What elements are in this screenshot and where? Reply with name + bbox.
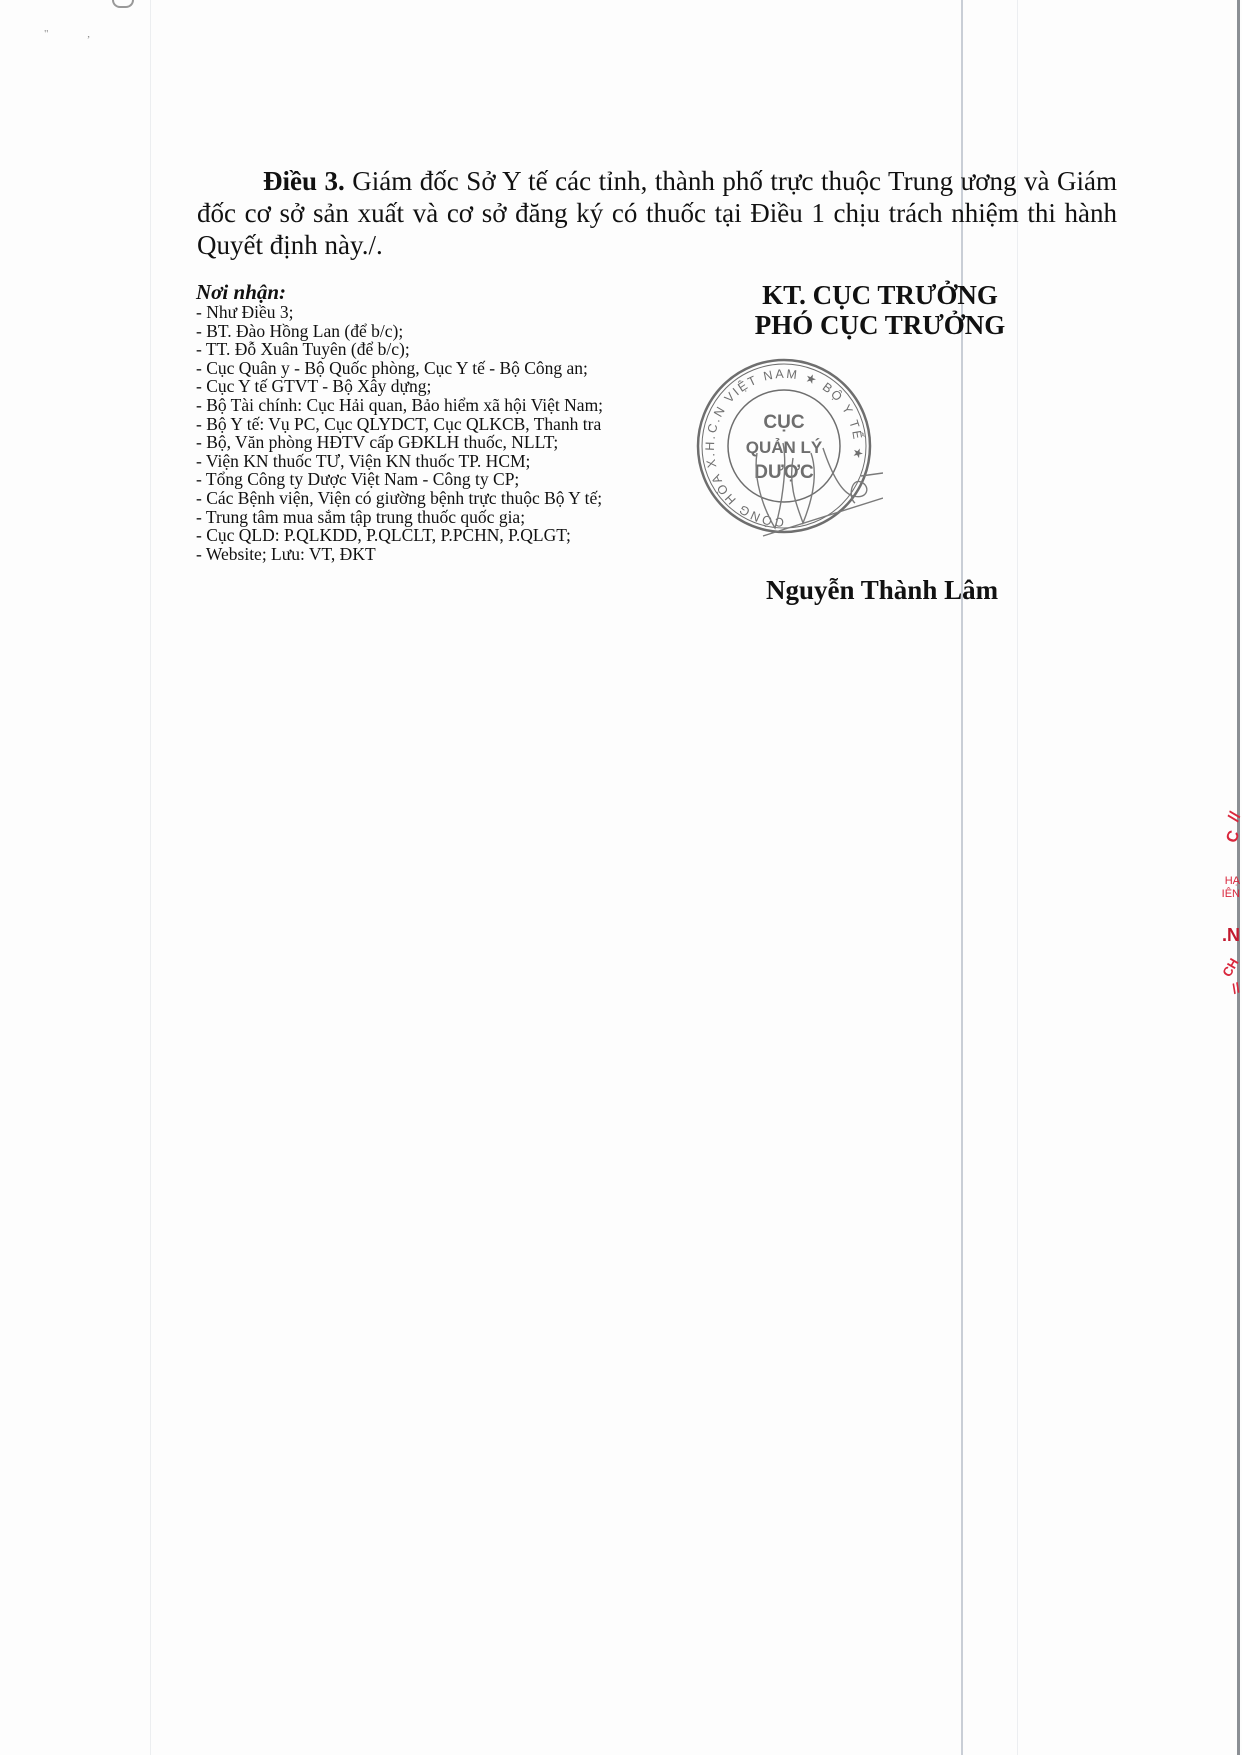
recipients-list: Nơi nhận: - Như Điều 3;- BT. Đào Hồng La… (196, 281, 672, 563)
recipient-item: - Bộ, Văn phòng HĐTV cấp GĐKLH thuốc, NL… (196, 433, 672, 452)
scan-noise: " , (44, 28, 108, 40)
scan-line-left (150, 0, 151, 1755)
recipient-item: - BT. Đào Hồng Lan (để b/c); (196, 322, 672, 341)
recipient-item: - Tổng Công ty Dược Việt Nam - Công ty C… (196, 470, 672, 489)
signature-title-line2: PHÓ CỤC TRƯỞNG (700, 310, 1060, 340)
signature-title-line1: KT. CỤC TRƯỞNG (700, 280, 1060, 310)
recipient-item: - Website; Lưu: VT, ĐKT (196, 545, 672, 564)
page-fold-line (961, 0, 963, 1755)
article-3-label: Điều 3. (263, 166, 345, 196)
recipient-item: - TT. Đỗ Xuân Tuyên (để b/c); (196, 340, 672, 359)
recipient-item: - Viện KN thuốc TƯ, Viện KN thuốc TP. HC… (196, 452, 672, 471)
punch-hole-mark (112, 0, 134, 8)
recipient-item: - Cục Quân y - Bộ Quốc phòng, Cục Y tế -… (196, 359, 672, 378)
margin-red-stamp-fragment: // C HẠ IÊN .N CH // (1200, 790, 1242, 1020)
article-3: Điều 3. Giám đốc Sở Y tế các tỉnh, thành… (197, 165, 1117, 261)
signature-title: KT. CỤC TRƯỞNG PHÓ CỤC TRƯỞNG (700, 280, 1060, 340)
signer-name: Nguyễn Thành Lâm (766, 575, 998, 606)
recipient-item: - Bộ Y tế: Vụ PC, Cục QLYDCT, Cục QLKCB,… (196, 415, 672, 434)
recipient-item: - Trung tâm mua sắm tập trung thuốc quốc… (196, 508, 672, 527)
recipient-item: - Cục Y tế GTVT - Bộ Xây dựng; (196, 377, 672, 396)
svg-text:CỤC: CỤC (763, 412, 804, 433)
recipient-item: - Cục QLD: P.QLKDD, P.QLCLT, P.PCHN, P.Q… (196, 526, 672, 545)
scan-line-right (1017, 0, 1018, 1755)
recipient-item: - Các Bệnh viện, Viện có giường bệnh trự… (196, 489, 672, 508)
official-seal-icon: CỘNG HÒA X.H.C.N VIỆT NAM ★ BỘ Y TẾ ★ CỤ… (693, 358, 883, 538)
recipient-item: - Bộ Tài chính: Cục Hải quan, Bảo hiểm x… (196, 396, 672, 415)
recipients-heading: Nơi nhận: (196, 281, 672, 303)
recipient-item: - Như Điều 3; (196, 303, 672, 322)
